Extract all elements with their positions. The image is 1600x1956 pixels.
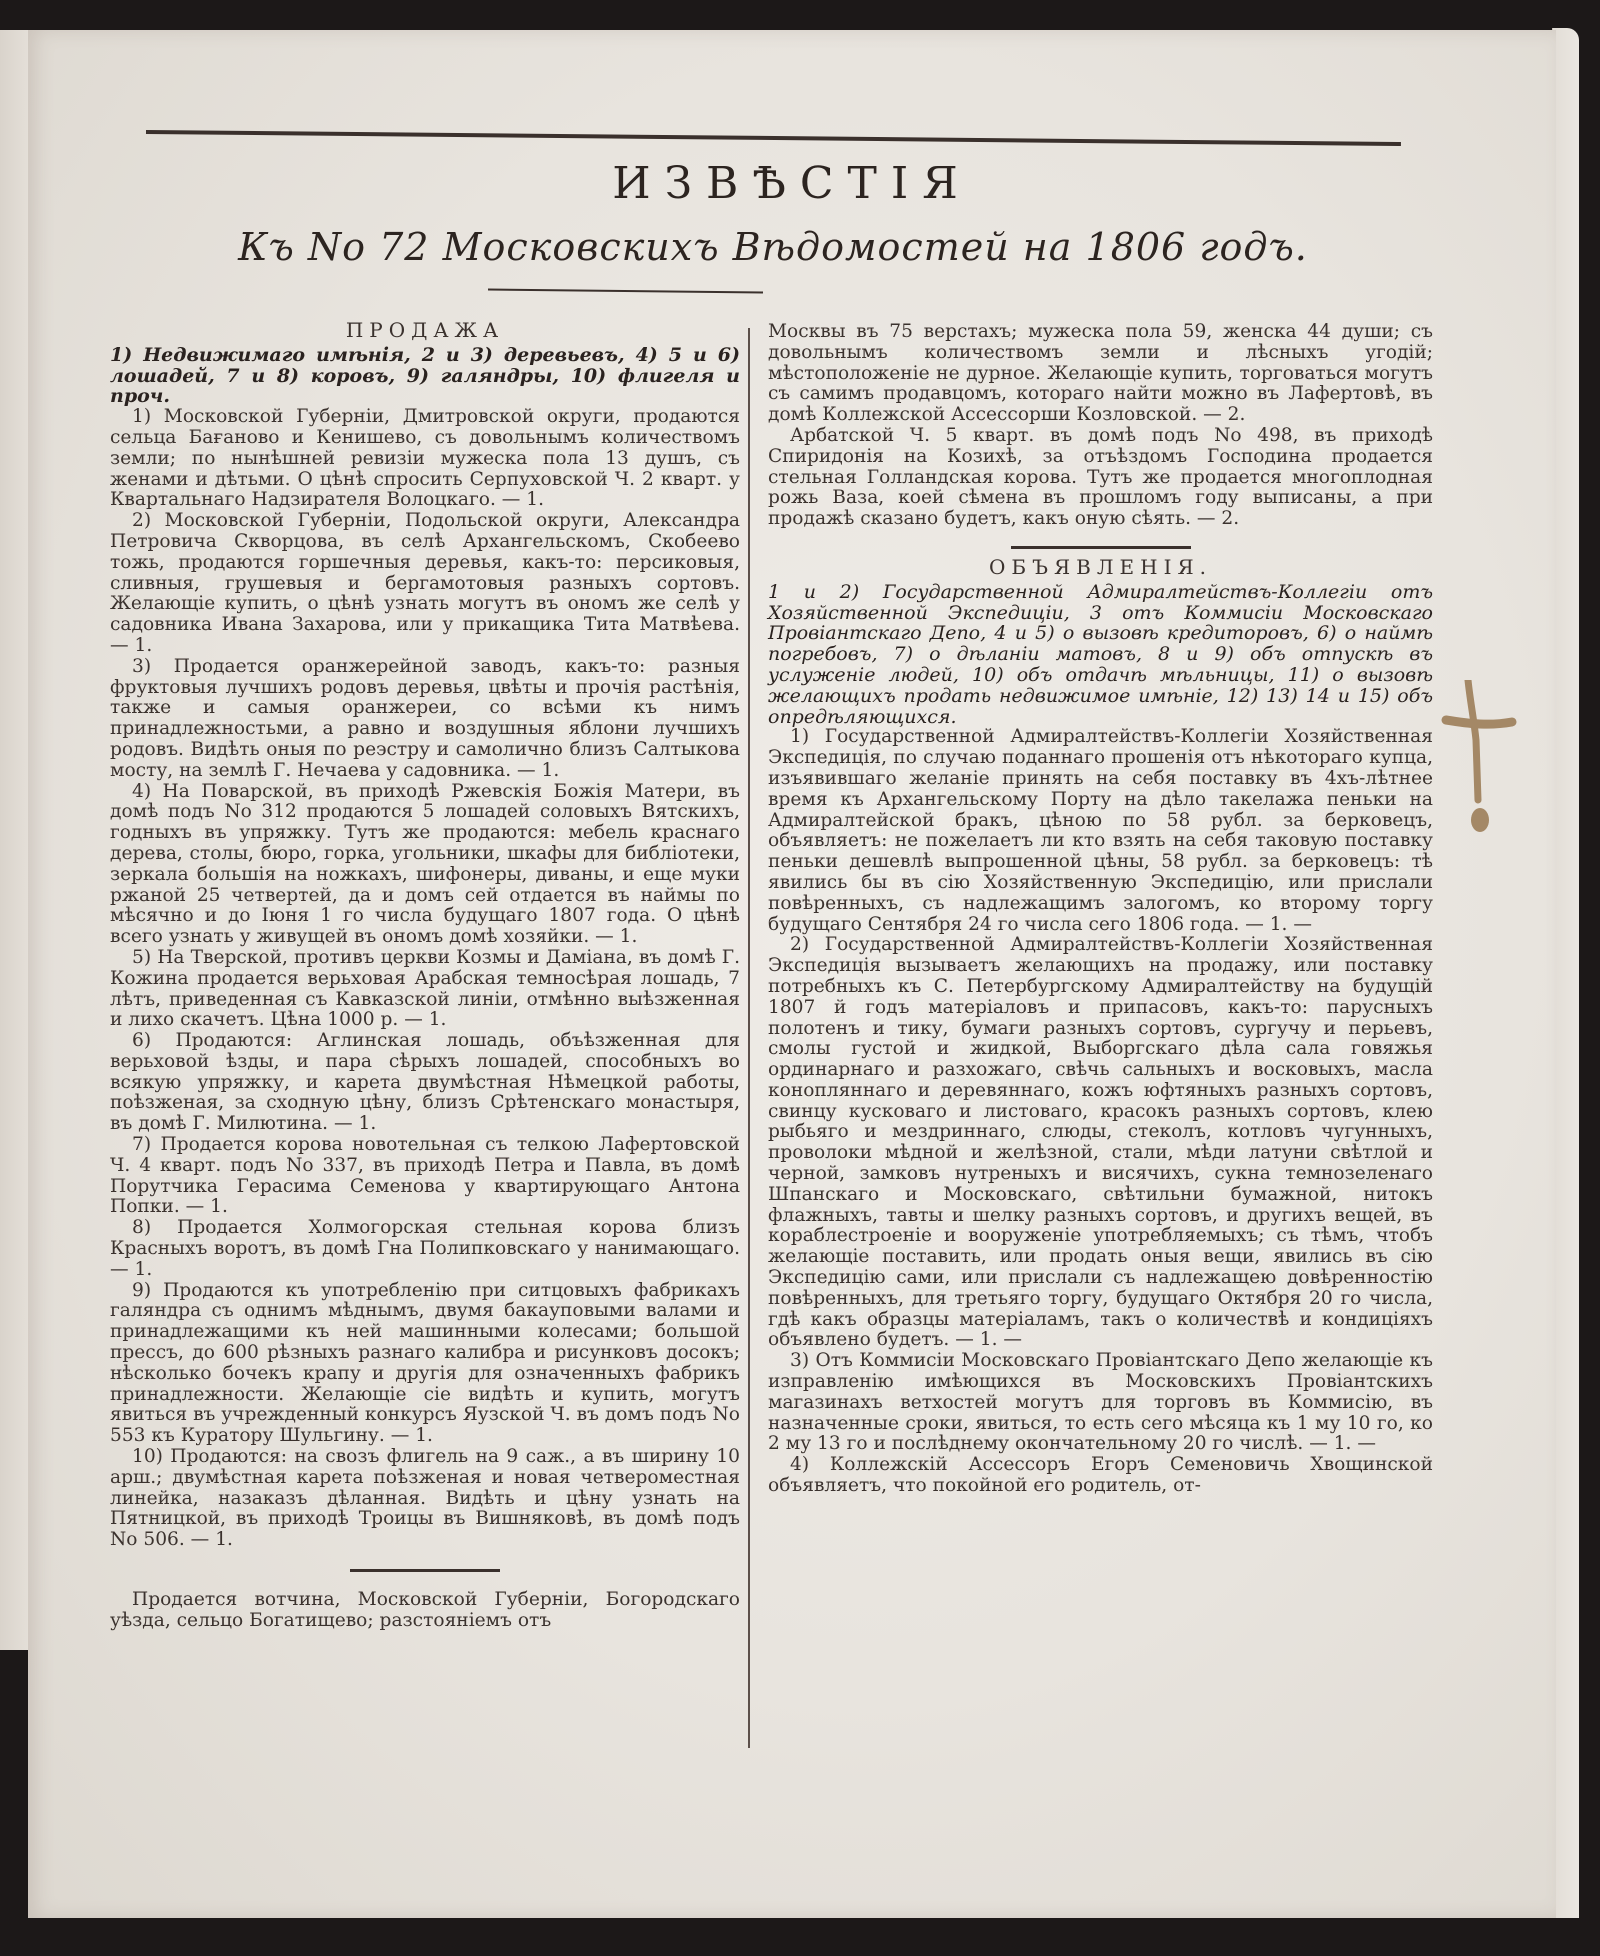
subtitle-rule: [488, 289, 763, 294]
page-stack-edge: [1552, 28, 1579, 1918]
facing-page-edge: [0, 30, 30, 1650]
sale-item: 8) Продается Холмогорская стельная коров…: [110, 1218, 740, 1280]
sale-item: 6) Продаются: Аглинская лошадь, объѣзжен…: [110, 1031, 740, 1135]
section-divider: [350, 1569, 500, 1572]
sale-heading: ПРОДАЖА: [110, 320, 740, 341]
announcements-summary: 1 и 2) Государственной Адмиралтействъ-Ко…: [768, 582, 1433, 728]
right-column: Москвы въ 75 верстахъ; мужеска пола 59, …: [768, 322, 1433, 1497]
sale-item: 2) Московской Губерніи, Подольской округ…: [110, 511, 740, 657]
announcement-item: 1) Государственной Адмиралтействъ-Коллег…: [768, 727, 1433, 935]
announcement-item: 3) Отъ Коммисіи Московскаго Провіантскаг…: [768, 1351, 1433, 1455]
announcements-heading: ОБЪЯВЛЕНІЯ.: [768, 557, 1433, 578]
sale-item: 9) Продаются къ употребленію при ситцовы…: [110, 1281, 740, 1447]
sale-item: 1) Московской Губерніи, Дмитровской окру…: [110, 407, 740, 511]
estate-notice-continued: Москвы въ 75 верстахъ; мужеска пола 59, …: [768, 322, 1433, 426]
announcement-item: 4) Коллежскій Ассессоръ Егоръ Семеновичь…: [768, 1455, 1433, 1497]
sale-item: 3) Продается оранжерейной заводъ, какъ-т…: [110, 657, 740, 782]
cow-notice: Арбатской Ч. 5 кварт. въ домѣ подъ No 49…: [768, 426, 1433, 530]
newspaper-page: ИЗВѢСТІЯ Къ No 72 Московскихъ Вѣдомостей…: [28, 30, 1556, 1918]
column-divider: [748, 328, 750, 1748]
estate-notice-start: Продается вотчина, Московской Губерніи, …: [110, 1590, 740, 1632]
announcement-item: 2) Государственной Адмиралтействъ-Коллег…: [768, 935, 1433, 1351]
sale-item: 7) Продается корова новотельная съ телко…: [110, 1135, 740, 1218]
page-subtitle: Къ No 72 Московскихъ Вѣдомостей на 1806 …: [123, 225, 1423, 269]
sale-item: 4) На Поварской, въ приходѣ Ржевскія Бож…: [110, 782, 740, 948]
header-rule: [146, 130, 1401, 146]
sale-item: 10) Продаются: на свозъ флигель на 9 саж…: [110, 1447, 740, 1551]
sale-item: 5) На Тверской, противъ церкви Козмы и Д…: [110, 948, 740, 1031]
page-title: ИЗВѢСТІЯ: [28, 158, 1556, 209]
left-column: ПРОДАЖА 1) Недвижимаго имѣнія, 2 и 3) де…: [110, 320, 740, 1632]
sale-summary: 1) Недвижимаго имѣнія, 2 и 3) деревьевъ,…: [110, 345, 740, 407]
section-divider: [1011, 546, 1191, 549]
ink-cross-icon: [1440, 680, 1520, 840]
